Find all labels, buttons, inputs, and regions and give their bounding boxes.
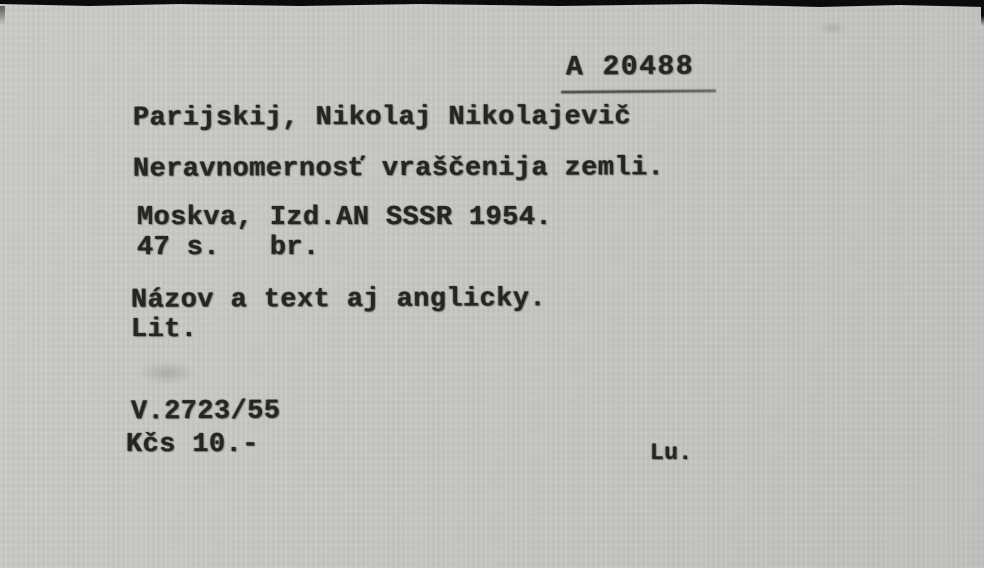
price: Kčs 10.- <box>126 432 259 459</box>
call-number-underline <box>561 89 716 93</box>
paper-smudge <box>138 362 196 384</box>
cataloguer-initials: Lu. <box>650 442 693 465</box>
call-number: A 20488 <box>566 54 694 83</box>
language-note: Názov a text aj anglicky. <box>131 286 546 314</box>
accession-number: V.2723/55 <box>131 399 281 427</box>
catalog-card-paper: A 20488 Parijskij, Nikolaj Nikolajevič N… <box>0 0 984 568</box>
collation-line: 47 s. br. <box>137 235 320 262</box>
author-heading: Parijskij, Nikolaj Nikolajevič <box>133 104 631 132</box>
bibliography-note: Lit. <box>131 317 197 344</box>
imprint-line: Moskva, Izd.AN SSSR 1954. <box>137 205 552 232</box>
title-line: Neravnomernosť vraščenija zemli. <box>133 155 664 183</box>
scan-corner-mark <box>0 6 5 28</box>
scan-edge-top <box>0 0 984 9</box>
paper-smudge <box>820 22 846 34</box>
